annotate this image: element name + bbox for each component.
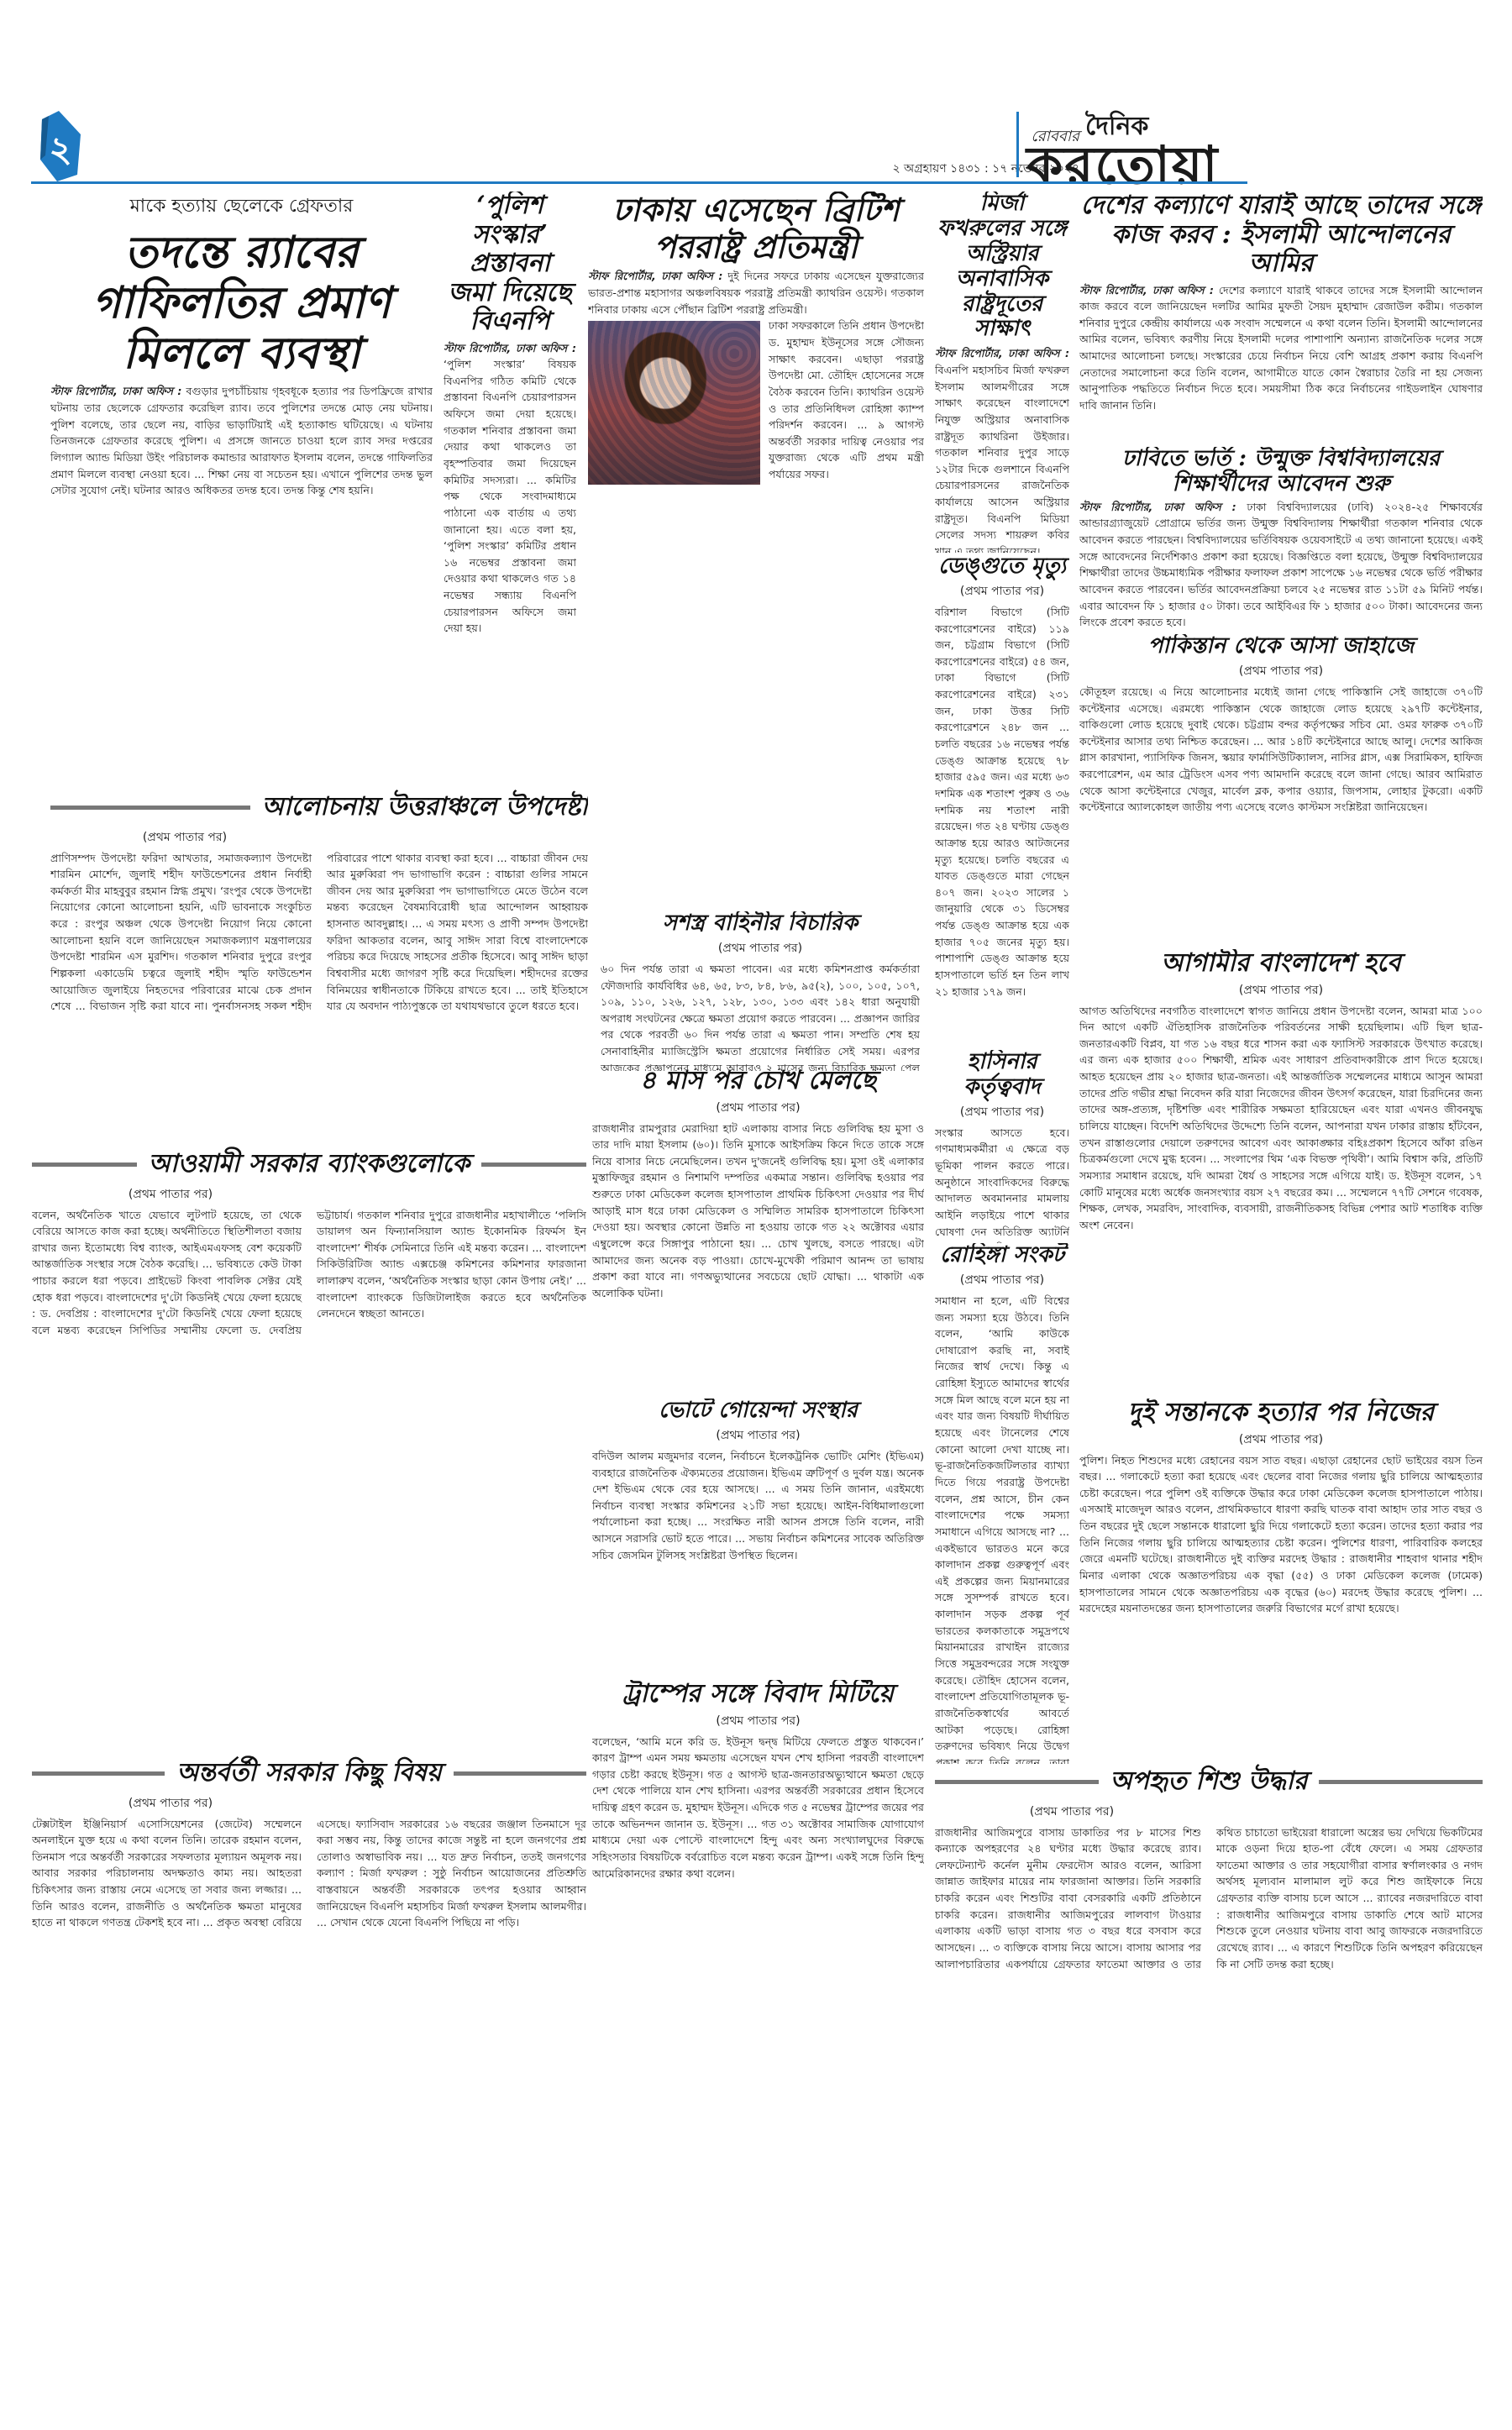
byline: স্টাফ রিপোর্টার, ঢাকা অফিস : [1079,501,1236,513]
article-rohingya: রোহিঙ্গা সংকট (প্রথম পাতার পর) সমাধান না… [935,1243,1069,1764]
rule [50,806,250,810]
article-body: প্রাণিসম্পদ উপদেষ্টা ফরিদা আখতার, সমাজকল… [50,850,588,1015]
headline[interactable]: তদন্তে র‍্যাবের গাফিলতির প্রমাণ মিললে ব্… [50,228,433,378]
article-body: দেশের কল্যাণে যারাই থাকবে তাদের সঙ্গে ইস… [1079,284,1483,412]
headline[interactable]: ভোটে গোয়েন্দা সংস্থার [592,1399,924,1424]
article-du-admission: ঢাবিতে ভর্তি : উন্মুক্ত বিশ্ববিদ্যালয়ের… [1079,447,1483,630]
continued-label: (প্রথম পাতার পর) [592,1711,924,1731]
byline: স্টাফ রিপোর্টার, ঢাকা অফিস : [444,342,576,354]
article-body: ‘পুলিশ সংস্কার’ বিষয়ক বিএনপির গঠিত কমিট… [444,358,576,634]
newspaper-logo: দৈনিক করতোয়া [1026,114,1262,192]
rule [935,1780,1099,1784]
article-body: কৌতূহল রয়েছে। এ নিয়ে আলোচনার মধ্যেই জা… [1079,684,1483,816]
byline: স্টাফ রিপোর্টার, ঢাকা অফিস : [935,347,1069,360]
article-mirza-austria: মির্জা ফখরুলের সঙ্গে অস্ট্রিয়ার অনাবাসি… [935,192,1069,553]
byline: স্টাফ রিপোর্টার, ঢাকা অফিস : [588,270,722,282]
headline[interactable]: দেশের কল্যাণে যারাই আছে তাদের সঙ্গে কাজ … [1079,192,1483,279]
headline[interactable]: ৪ মাস পর চোখ মেলছে [592,1067,924,1096]
article-body: ঢাকা সফরকালে তিনি প্রধান উপদেষ্টা ড. মুহ… [769,319,924,480]
rule [1319,1780,1483,1784]
article-british-minister: ঢাকায় এসেছেন ব্রিটিশ পররাষ্ট্র প্রতিমন্… [588,192,924,914]
continued-label: (প্রথম পাতার পর) [935,1270,1069,1290]
article-north-adviser: আলোচনায় উত্তরাঞ্চলে উপদেষ্টা (প্রথম পাত… [50,790,588,1142]
continued-label: (প্রথম পাতার পর) [32,1793,309,1813]
continued-label: (প্রথম পাতার পর) [592,1425,924,1446]
rule [481,1163,586,1167]
page-number-badge-icon: ২ [40,109,82,181]
headline[interactable]: ঢাকায় এসেছেন ব্রিটিশ পররাষ্ট্র প্রতিমন্… [588,192,924,265]
article-hasina: হাসিনার কর্তৃত্ববাদ (প্রথম পাতার পর) সংস… [935,1050,1069,1243]
article-pakistan-ship: পাকিস্তান থেকে আসা জাহাজে (প্রথম পাতার প… [1079,634,1483,949]
headline[interactable]: অন্তর্বর্তী সরকার কিছু বিষয় [176,1759,442,1788]
article-body: সমাধান না হলে, এটি বিশ্বের জন্য সমস্যা হ… [935,1293,1069,1764]
article-body: বগুড়ার দুপচাঁচিয়ায় গৃহবধূকে হত্যার পর… [50,385,433,496]
article-awami-banks: আওয়ামী সরকার ব্যাংকগুলোকে (প্রথম পাতার … [32,1147,586,1751]
headline[interactable]: আলোচনায় উত্তরাঞ্চলে উপদেষ্টা [262,793,588,822]
headline[interactable]: পাকিস্তান থেকে আসা জাহাজে [1079,634,1483,659]
article-interim-government: অন্তর্বর্তী সরকার কিছু বিষয় (প্রথম পাতা… [32,1756,586,2411]
continued-label: (প্রথম পাতার পর) [50,827,319,848]
headline[interactable]: আওয়ামী সরকার ব্যাংকগুলোকে [149,1150,470,1179]
kicker: মাকে হত্যায় ছেলেকে গ্রেফতার [50,192,433,223]
headline[interactable]: হাসিনার কর্তৃত্ববাদ [935,1050,1069,1100]
masthead: ২ রোববার ২ অগ্রহায়ণ ১৪৩১ : ১৭ নভেম্বর ২… [0,0,1512,185]
headline[interactable]: ‘পুলিশ সংস্কার’ প্রস্তাবনা জমা দিয়েছে ব… [444,192,576,337]
headline[interactable]: রোহিঙ্গা সংকট [935,1243,1069,1268]
continued-label: (প্রথম পাতার পর) [1079,980,1483,1000]
headline[interactable]: অপহৃত শিশু উদ্ধার [1110,1767,1308,1797]
article-dengue: ডেঙ্গুতে মৃত্যু (প্রথম পাতার পর) বরিশাল … [935,554,1069,1042]
article-body: টেক্সটাইল ইঞ্জিনিয়ার্স এসোসিয়েশনের (জে… [32,1816,586,1931]
article-body: বদিউল আলম মজুমদার বলেন, নির্বাচনে ইলেকট্… [592,1448,924,1563]
article-body: বরিশাল বিভাগে (সিটি করপোরেশনের বাইরে) ১১… [935,604,1069,1000]
headline[interactable]: ঢাবিতে ভর্তি : উন্মুক্ত বিশ্ববিদ্যালয়ের… [1079,447,1483,497]
continued-label: (প্রথম পাতার পর) [935,581,1069,601]
masthead-rule [31,181,1247,184]
svg-text:২: ২ [49,129,71,170]
minister-photo [588,321,760,485]
headline[interactable]: আগামীর বাংলাদেশ হবে [1079,949,1483,979]
article-rab-investigation: মাকে হত্যায় ছেলেকে গ্রেফতার তদন্তে র‍্য… [50,192,433,784]
continued-label: (প্রথম পাতার পর) [32,1184,309,1205]
masthead-divider [1016,112,1019,177]
continued-label: (প্রথম পাতার পর) [1079,1430,1483,1450]
article-voter-reform: ভোটে গোয়েন্দা সংস্থার (প্রথম পাতার পর) … [592,1399,924,1676]
article-body: বলেন, অর্থনৈতিক খাতে যেভাবে লুটপাট হয়েছ… [32,1207,586,1339]
article-body: রাজধানীর রামপুরার মেরাদিয়া হাট এলাকায় … [592,1121,924,1302]
rule [454,1771,586,1776]
article-future-bangladesh: আগামীর বাংলাদেশ হবে (প্রথম পাতার পর) আগত… [1079,949,1483,1394]
rule [32,1163,137,1167]
continued-label: (প্রথম পাতার পর) [935,1102,1069,1122]
article-two-children: দুই সন্তানকে হত্যার পর নিজের (প্রথম পাতা… [1079,1399,1483,1751]
article-body: সংস্কার আসতে হবে। গণমাধ্যমকর্মীরা এ ক্ষে… [935,1125,1069,1243]
headline[interactable]: দুই সন্তানকে হত্যার পর নিজের [1079,1399,1483,1428]
headline[interactable]: ট্রাম্পের সঙ্গে বিবাদ মিটিয়ে [592,1680,924,1709]
continued-label: (প্রথম পাতার পর) [592,1098,924,1118]
headline[interactable]: মির্জা ফখরুলের সঙ্গে অস্ট্রিয়ার অনাবাসি… [935,192,1069,342]
continued-label: (প্রথম পাতার পর) [601,938,920,958]
article-armed-forces: সশস্ত্র বাহিনীর বিচারিক (প্রথম পাতার পর)… [601,911,920,1071]
article-body: বিএনপি মহাসচিব মির্জা ফখরুল ইসলাম আলমগীর… [935,364,1069,553]
article-body: পুলিশ। নিহত শিশুদের মধ্যে রেহানের বয়স স… [1079,1452,1483,1617]
article-police-reform: ‘পুলিশ সংস্কার’ প্রস্তাবনা জমা দিয়েছে ব… [444,192,576,784]
byline: স্টাফ রিপোর্টার, ঢাকা অফিস : [50,385,181,397]
article-body: রাজধানীর আজিমপুরে বাসায় ডাকাতির পর ৮ মা… [935,1824,1483,1973]
article-body: ঢাকা বিশ্ববিদ্যালয়ের (ঢাবি) ২০২৪-২৫ শিক… [1079,501,1483,628]
article-abducted-child: অপহৃত শিশু উদ্ধার (প্রথম পাতার পর) রাজধা… [935,1764,1483,2411]
article-body: আগত অতিথিদের নবগঠিত বাংলাদেশে স্বাগত জান… [1079,1003,1483,1234]
article-islami-andolon: দেশের কল্যাণে যারাই আছে তাদের সঙ্গে কাজ … [1079,192,1483,443]
byline: স্টাফ রিপোর্টার, ঢাকা অফিস : [1079,284,1214,297]
article-trump: ট্রাম্পের সঙ্গে বিবাদ মিটিয়ে (প্রথম পাত… [592,1680,924,2411]
continued-label: (প্রথম পাতার পর) [935,1802,1209,1822]
article-eyes-open: ৪ মাস পর চোখ মেলছে (প্রথম পাতার পর) রাজধ… [592,1067,924,1394]
article-body: বলেছেন, ‘আমি মনে করি ড. ইউনূস দ্বন্দ্ব ম… [592,1734,924,1882]
continued-label: (প্রথম পাতার পর) [1079,661,1483,681]
rule [32,1771,165,1776]
article-body: ৬০ দিন পর্যন্ত তারা এ ক্ষমতা পাবেন। এর ম… [601,961,920,1071]
headline[interactable]: সশস্ত্র বাহিনীর বিচারিক [601,911,920,937]
headline[interactable]: ডেঙ্গুতে মৃত্যু [935,554,1069,580]
